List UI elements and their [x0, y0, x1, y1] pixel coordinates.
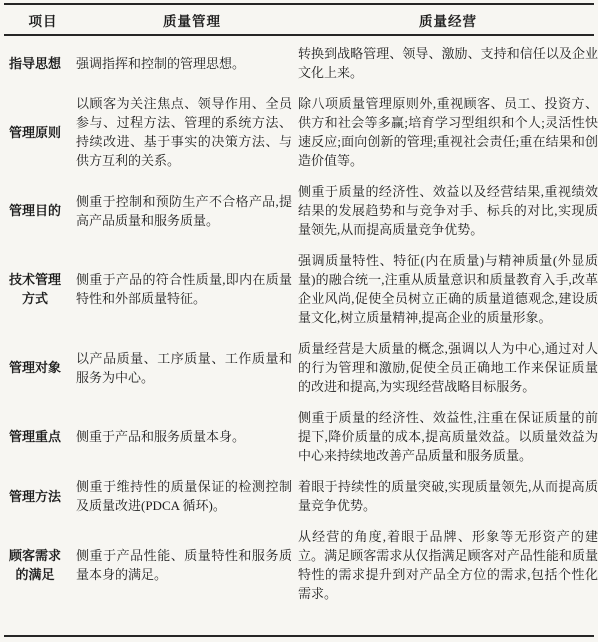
- table-body: 指导思想 强调指挥和控制的管理思想。 转换到战略管理、领导、激励、支持和信任以及…: [0, 36, 598, 609]
- row-item-label: 管理方法: [0, 487, 70, 506]
- header-quality-management: 质量管理: [84, 10, 300, 30]
- row-qm-cell: 强调指挥和控制的管理思想。: [76, 54, 292, 73]
- row-qm-cell: 侧重于产品的符合性质量,即内在质量特性和外部质量特征。: [76, 270, 292, 308]
- row-item-label: 管理目的: [0, 201, 70, 220]
- table-row-management-method: 管理方法 侧重于维持性的质量保证的检测控制及质量改进(PDCA 循环)。 着眼于…: [0, 471, 598, 521]
- row-qo-cell: 从经营的角度,着眼于品牌、形象等无形资产的建立。满足顾客需求从仅指满足顾客对产品…: [298, 527, 598, 603]
- row-item-label: 管理原则: [0, 123, 70, 142]
- table-row-guiding-ideology: 指导思想 强调指挥和控制的管理思想。 转换到战略管理、领导、激励、支持和信任以及…: [0, 38, 598, 88]
- table-row-technical-management-mode: 技术管理方式 侧重于产品的符合性质量,即内在质量特性和外部质量特征。 强调质量特…: [0, 245, 598, 333]
- row-qo-cell: 质量经营是大质量的概念,强调以人为中心,通过对人的行为管理和激励,促使全员正确地…: [298, 339, 598, 396]
- table-row-management-principles: 管理原则 以顾客为关注焦点、领导作用、全员参与、过程方法、管理的系统方法、持续改…: [0, 88, 598, 176]
- row-qo-cell: 侧重于质量的经济性、效益以及经营结果,重视绩效结果的发展趋势和与竞争对手、标兵的…: [298, 182, 598, 239]
- row-qm-cell: 以顾客为关注焦点、领导作用、全员参与、过程方法、管理的系统方法、持续改进、基于事…: [76, 94, 292, 170]
- table-row-management-focus: 管理重点 侧重于产品和服务质量本身。 侧重于质量的经济性、效益性,注重在保证质量…: [0, 402, 598, 471]
- table-header-row: 项目 质量管理 质量经营: [0, 5, 598, 34]
- row-qo-cell: 着眼于持续性的质量突破,实现质量领先,从而提高质量竞争优势。: [298, 477, 598, 515]
- row-qm-cell: 侧重于产品性能、质量特性和服务质量本身的满足。: [76, 546, 292, 584]
- row-qm-cell: 以产品质量、工序质量、工作质量和服务为中心。: [76, 349, 292, 387]
- table-row-management-purpose: 管理目的 侧重于控制和预防生产不合格产品,提高产品质量和服务质量。 侧重于质量的…: [0, 176, 598, 245]
- table-row-customer-needs-satisfaction: 顾客需求的满足 侧重于产品性能、质量特性和服务质量本身的满足。 从经营的角度,着…: [0, 521, 598, 609]
- table-bottom-border: [4, 635, 594, 637]
- row-qo-cell: 转换到战略管理、领导、激励、支持和信任以及企业文化上来。: [298, 44, 598, 82]
- row-qo-cell: 强调质量特性、特征(内在质量)与精神质量(外显质量)的融合统一,注重从质量意识和…: [298, 251, 598, 327]
- table-row-management-object: 管理对象 以产品质量、工序质量、工作质量和服务为中心。 质量经营是大质量的概念,…: [0, 333, 598, 402]
- row-qm-cell: 侧重于维持性的质量保证的检测控制及质量改进(PDCA 循环)。: [76, 477, 292, 515]
- scanned-table-page: 项目 质量管理 质量经营 指导思想 强调指挥和控制的管理思想。 转换到战略管理、…: [0, 0, 598, 642]
- row-item-label: 顾客需求的满足: [0, 546, 70, 584]
- row-item-label: 技术管理方式: [0, 270, 70, 308]
- row-qo-cell: 侧重于质量的经济性、效益性,注重在保证质量的前提下,降价质量的成本,提高质量效益…: [298, 408, 598, 465]
- row-item-label: 管理重点: [0, 427, 70, 446]
- row-qm-cell: 侧重于产品和服务质量本身。: [76, 427, 292, 446]
- row-item-label: 管理对象: [0, 358, 70, 377]
- header-quality-operation: 质量经营: [306, 10, 590, 30]
- row-item-label: 指导思想: [0, 54, 70, 73]
- row-qm-cell: 侧重于控制和预防生产不合格产品,提高产品质量和服务质量。: [76, 192, 292, 230]
- row-qo-cell: 除八项质量管理原则外,重视顾客、员工、投资方、供方和社会等多赢;培育学习型组织和…: [298, 94, 598, 170]
- header-item: 项目: [8, 10, 78, 30]
